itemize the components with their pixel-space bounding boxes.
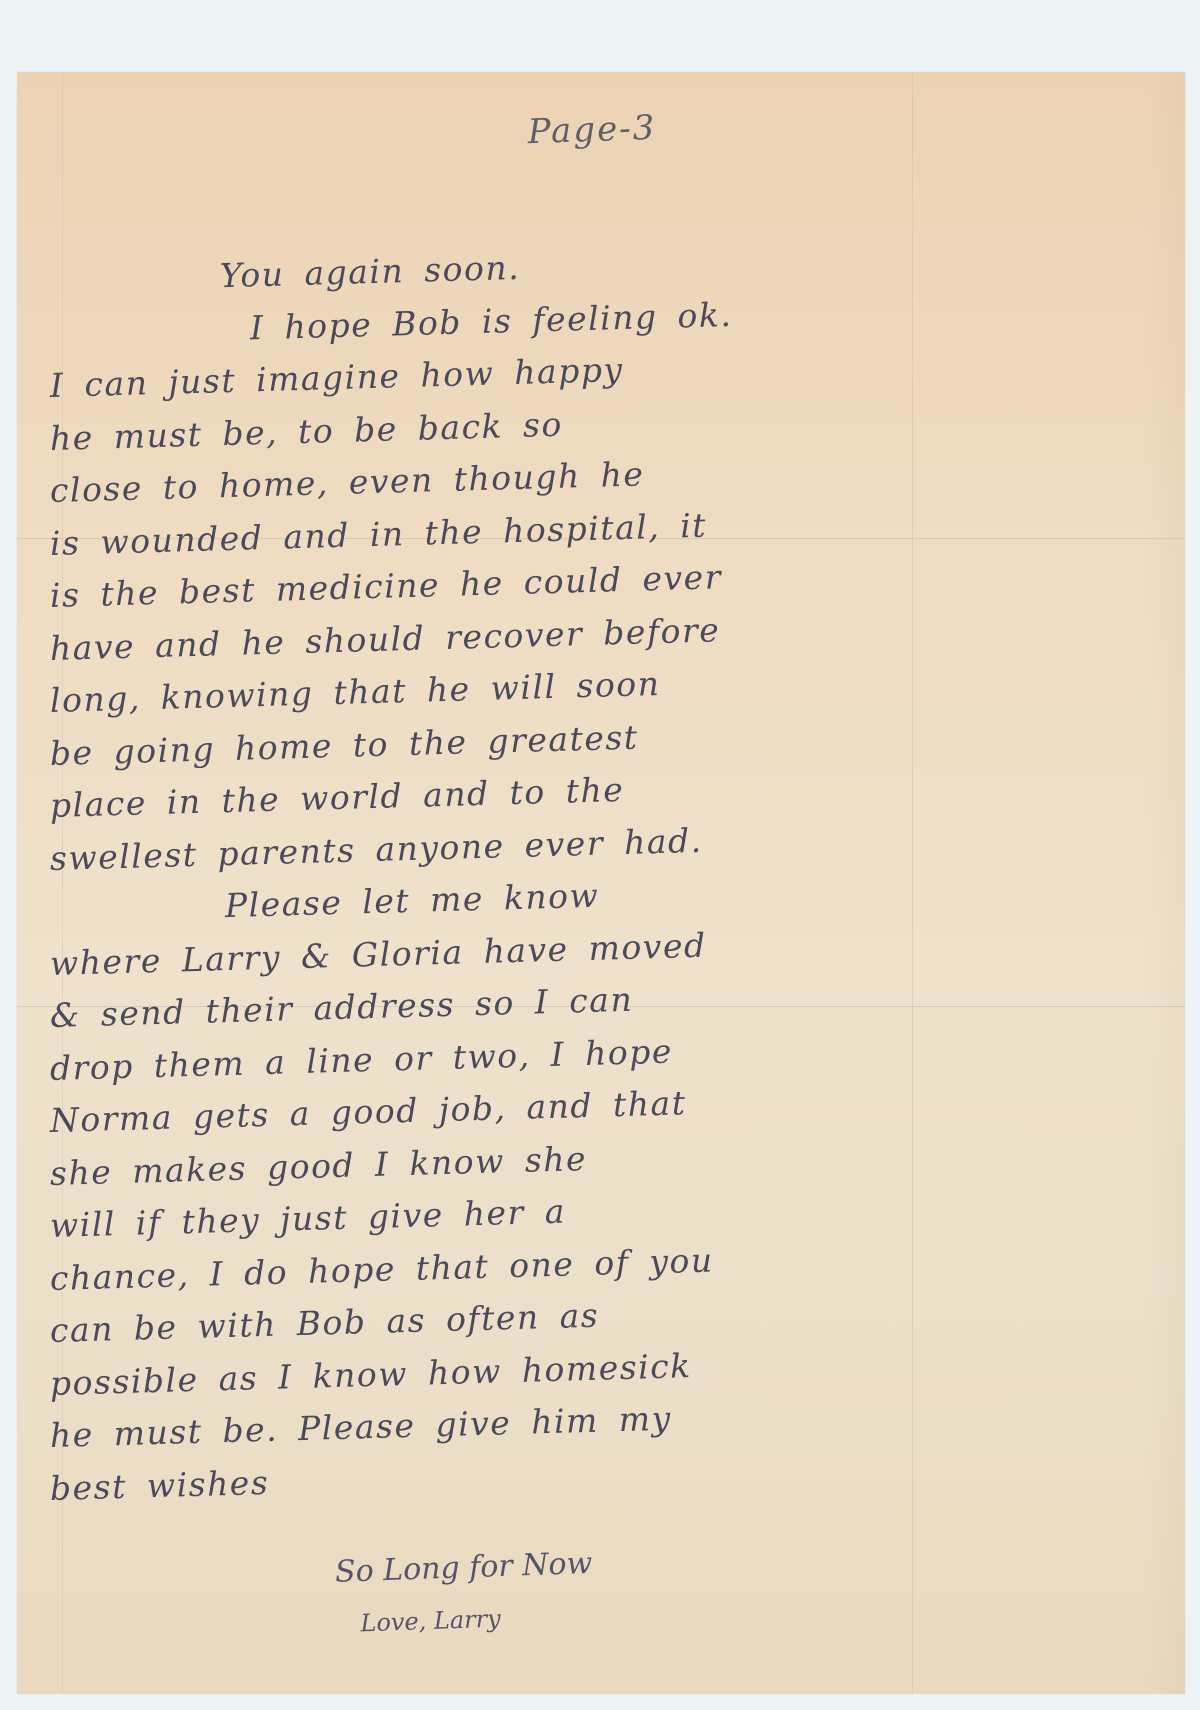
letter-body: You again soon. I hope Bob is feeling ok… bbox=[50, 255, 1110, 1515]
signature-name: Love, Larry bbox=[360, 1605, 501, 1638]
signature-block: Love, Larry bbox=[359, 1588, 500, 1628]
